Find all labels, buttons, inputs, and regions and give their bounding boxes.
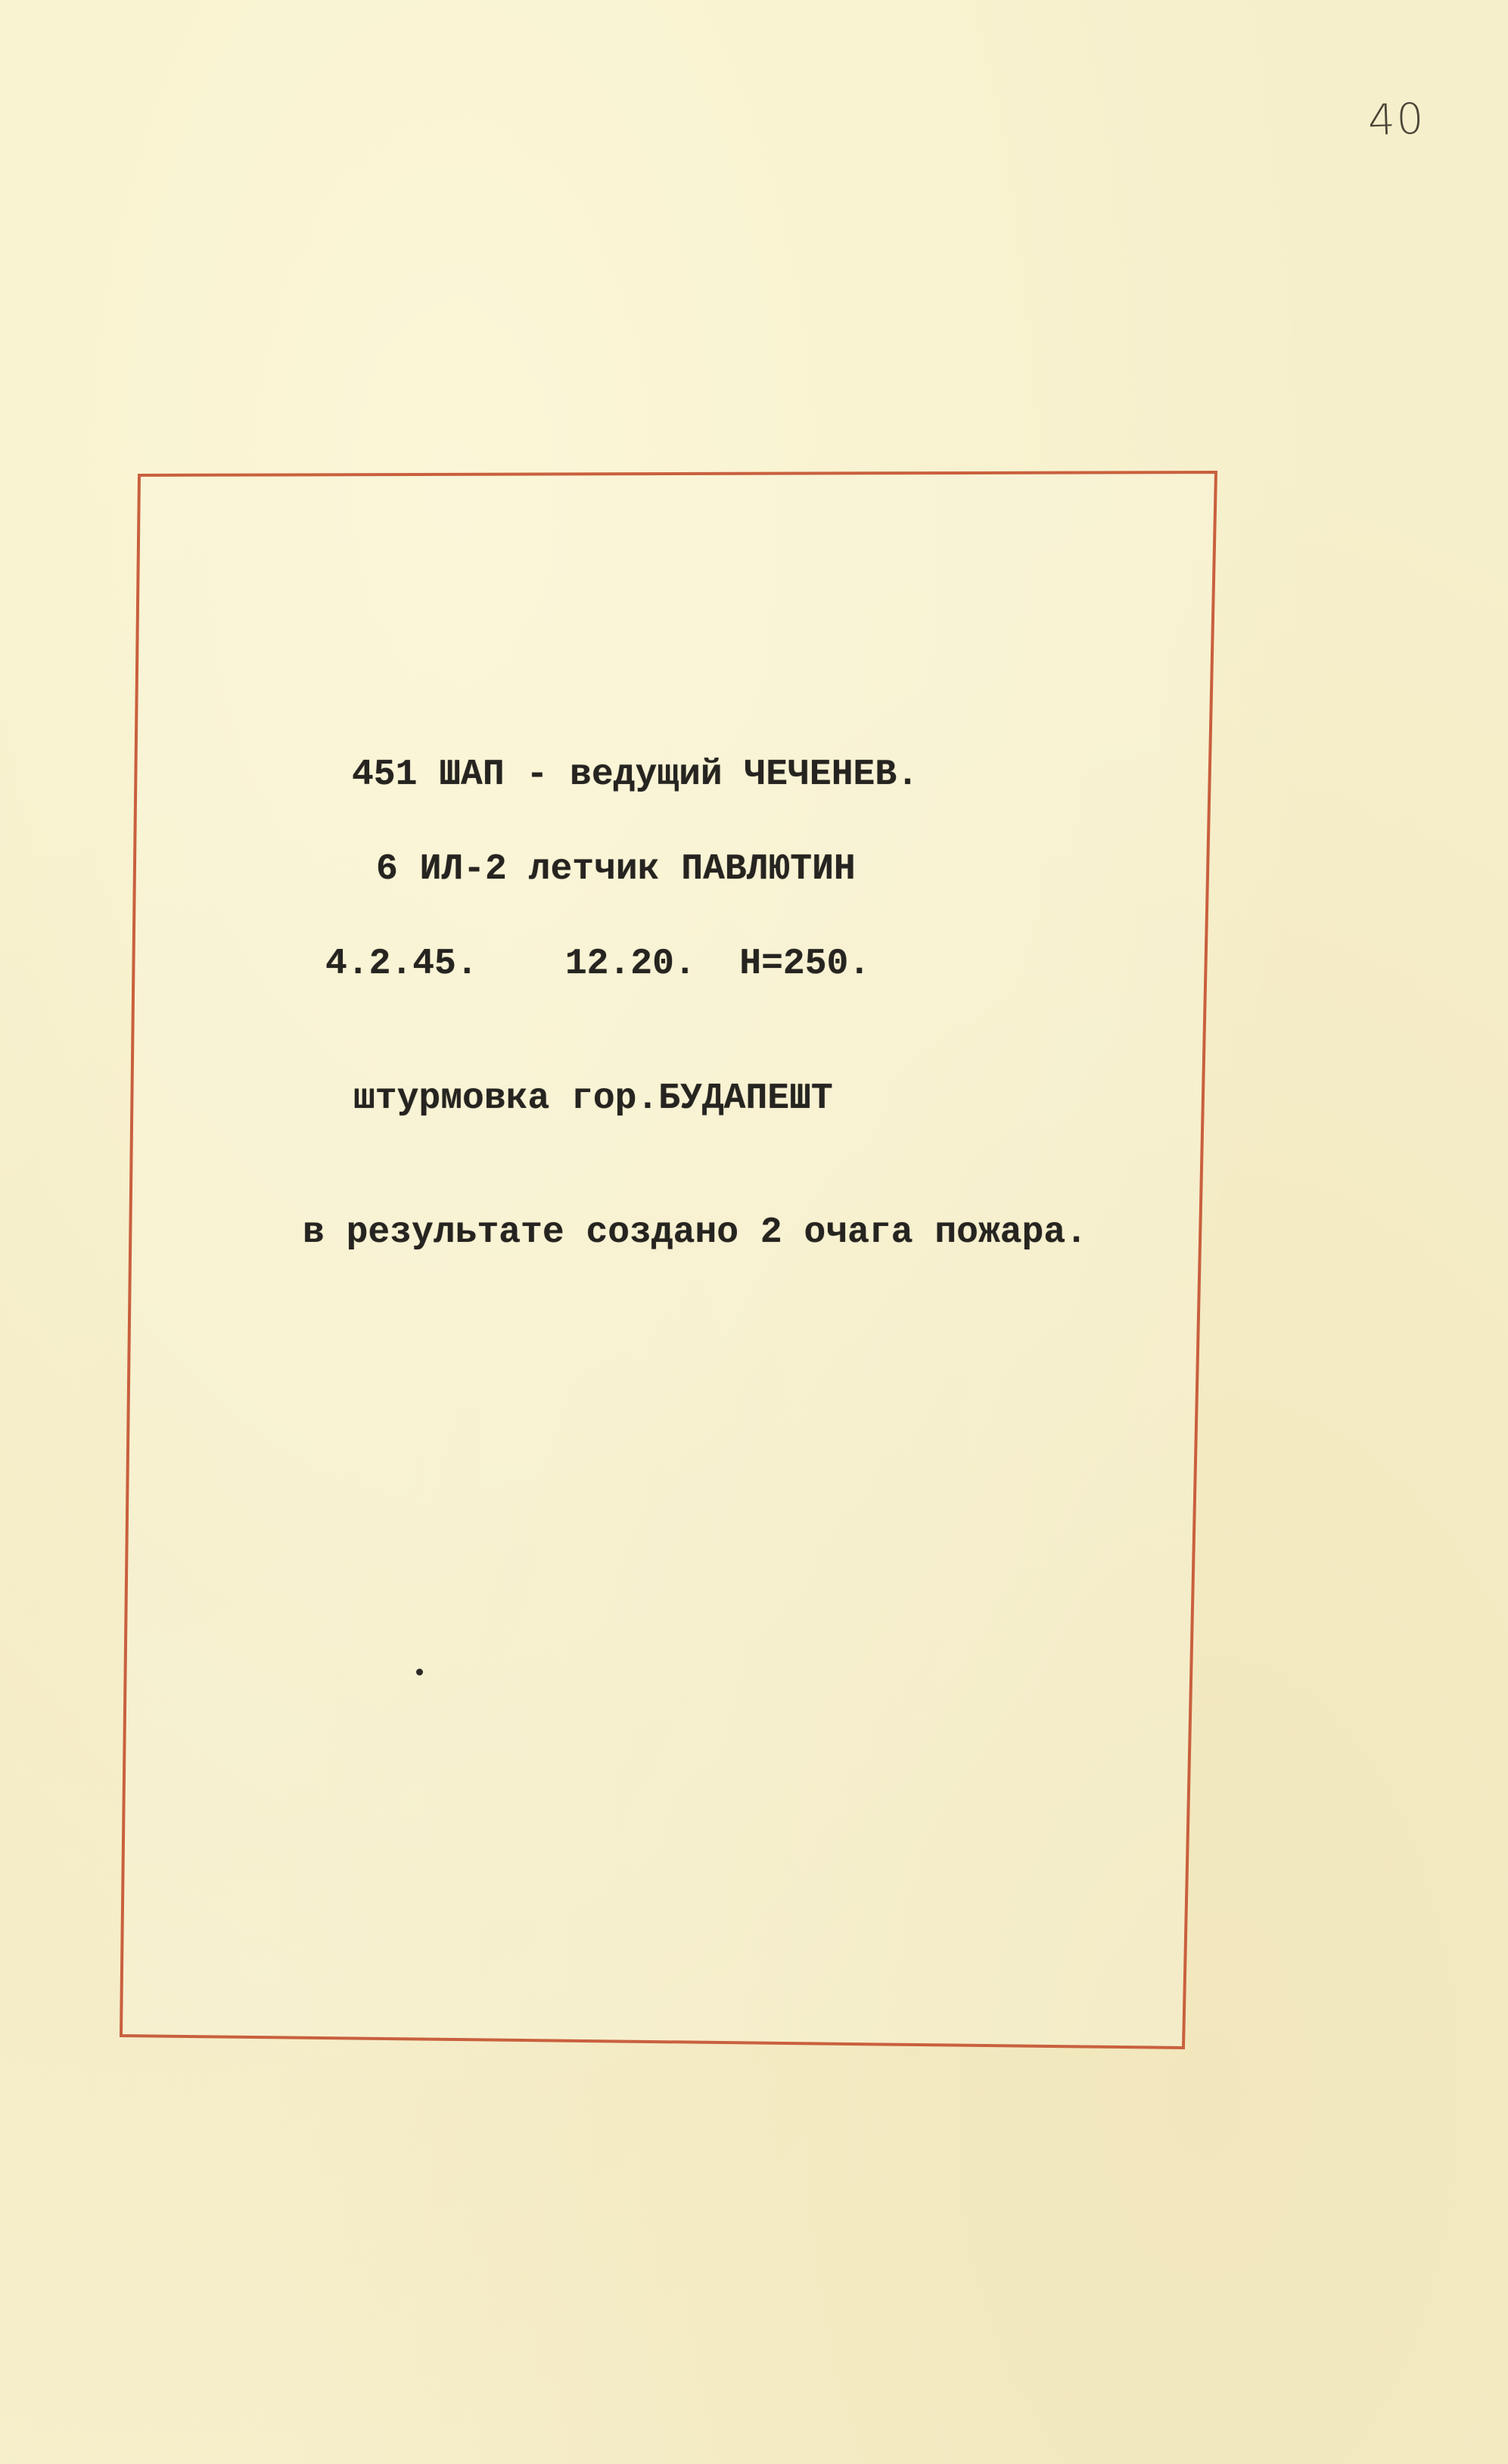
typed-line-aircraft-pilot: 6 ИЛ-2 летчик ПАВЛЮТИН — [376, 851, 856, 888]
typed-line-date-time-altitude: 4.2.45. 12.20. Н=250. — [325, 946, 870, 982]
typed-line-result: в результате создано 2 очага пожара. — [303, 1215, 1087, 1251]
ink-speck — [416, 1669, 423, 1675]
typed-line-unit-leader: 451 ШАП - ведущий ЧЕЧЕНЕВ. — [352, 757, 919, 793]
typed-line-mission: штурмовка гор.БУДАПЕШТ — [353, 1081, 833, 1117]
